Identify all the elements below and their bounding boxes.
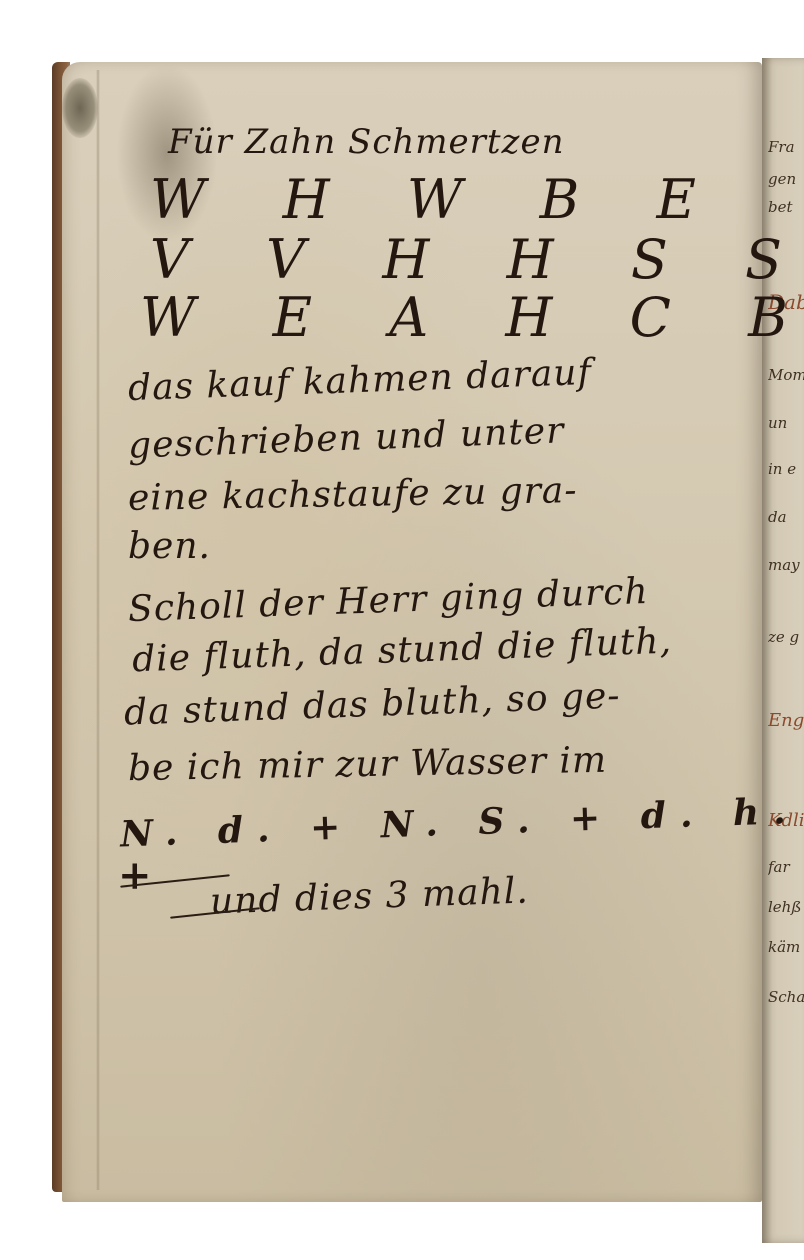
facing-line: in e (768, 460, 804, 478)
facing-line: lehß (768, 898, 804, 916)
facing-line: Schaß (768, 988, 804, 1006)
handwritten-letters-row-1: W H W B E (150, 168, 726, 231)
handwritten-letters-row-3: W E A H C B (140, 286, 804, 349)
facing-line: käm (768, 938, 804, 956)
page-fold-crease (96, 70, 100, 1190)
facing-line: gen (768, 170, 804, 188)
facing-line: un (768, 414, 804, 432)
handwritten-letters-row-2: V V H H S S (150, 228, 804, 291)
facing-line: Fra (768, 138, 804, 156)
facing-line: may (768, 556, 804, 574)
facing-line: da (768, 508, 804, 526)
facing-line: Mom (768, 366, 804, 384)
facing-line: far (768, 858, 804, 876)
handwritten-line-title: Für Zahn Schmertzen (168, 122, 565, 162)
manuscript-photo: Fra gen bet Dab Mom un in e da may ze g … (0, 0, 804, 1260)
facing-line-red: Eng (768, 710, 804, 731)
handwritten-line: be ich mir zur Wasser im (128, 740, 608, 789)
handwritten-cross: + (118, 852, 153, 899)
facing-line: bet (768, 198, 804, 216)
handwritten-line: eine kachstaufe zu gra- (128, 470, 578, 519)
corner-stain (62, 78, 98, 138)
handwritten-line: ben. (128, 526, 211, 567)
facing-line: ze g (768, 628, 804, 646)
